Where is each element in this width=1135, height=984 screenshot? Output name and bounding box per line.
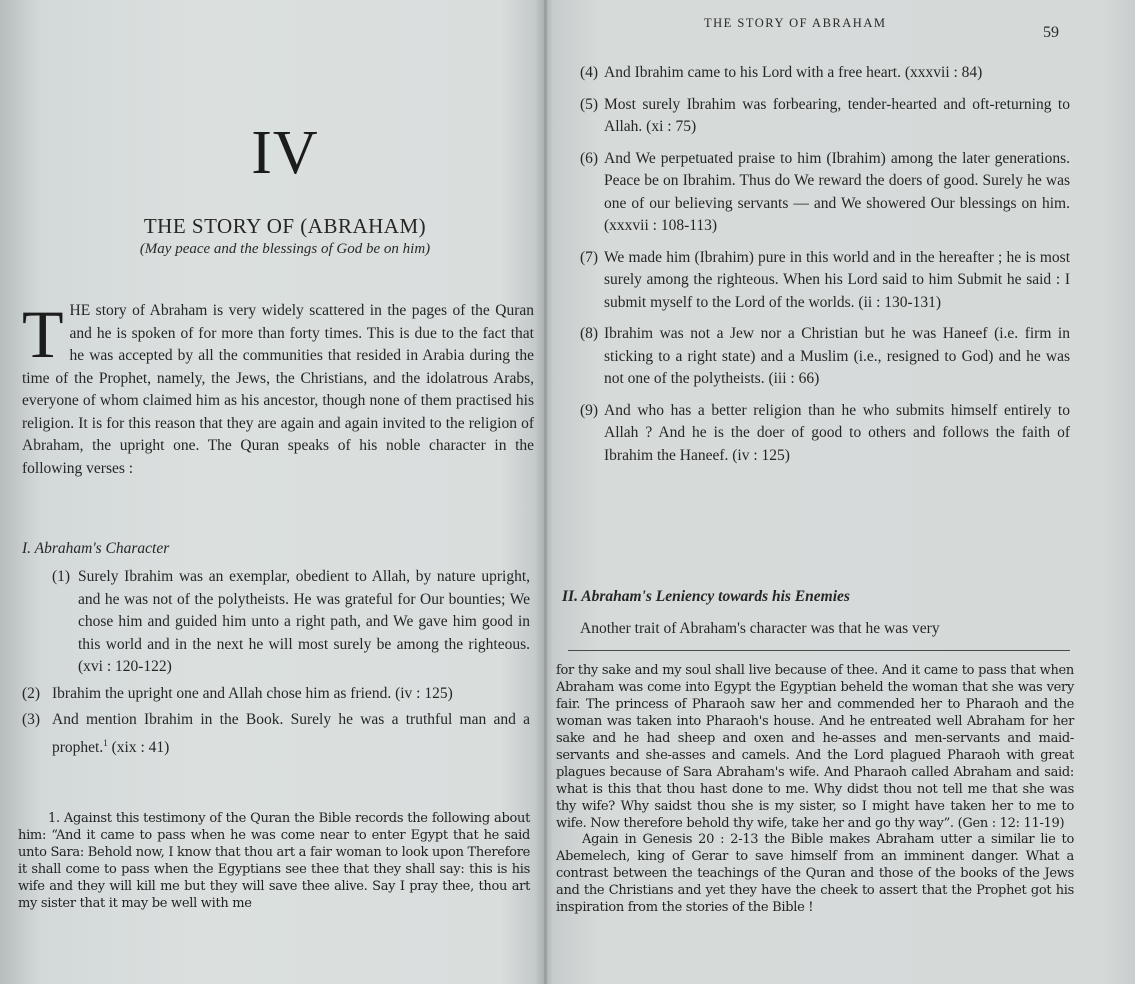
verse-number: (2): [22, 683, 52, 706]
left-page: IV THE STORY OF (ABRAHAM) (May peace and…: [0, 0, 544, 984]
verse-number: (1): [52, 566, 78, 679]
verse-list-left: (1) Surely Ibrahim was an exemplar, obed…: [52, 566, 530, 763]
verse-number: (7): [580, 247, 604, 315]
verse-number: (4): [580, 62, 604, 85]
verse-item: (4) And Ibrahim came to his Lord with a …: [580, 62, 1070, 85]
verse-item: (1) Surely Ibrahim was an exemplar, obed…: [52, 566, 530, 679]
footnote-1-continued: for thy sake and my soul shall live beca…: [556, 662, 1074, 832]
verse-number: (5): [580, 94, 604, 139]
verse-item: (5) Most surely Ibrahim was forbearing, …: [580, 94, 1070, 139]
chapter-number: IV: [0, 118, 570, 189]
section-heading-leniency: II. Abraham's Leniency towards his Enemi…: [562, 588, 850, 606]
book-spread: IV THE STORY OF (ABRAHAM) (May peace and…: [0, 0, 1135, 984]
verse-text: Ibrahim was not a Jew nor a Christian bu…: [604, 323, 1070, 391]
verse-number: (3): [22, 709, 52, 759]
footnote-1: 1. Against this testimony of the Quran t…: [18, 810, 530, 912]
verse-item: (3) And mention Ibrahim in the Book. Sur…: [22, 709, 530, 759]
verse-item: (7) We made him (Ibrahim) pure in this w…: [580, 247, 1070, 315]
right-page: THE STORY OF ABRAHAM 59 (4) And Ibrahim …: [548, 0, 1135, 984]
intro-text: HE story of Abraham is very widely scatt…: [22, 302, 534, 477]
verse-text: Surely Ibrahim was an exemplar, obedient…: [78, 566, 530, 679]
verse-text: Most surely Ibrahim was forbearing, tend…: [604, 94, 1070, 139]
intro-paragraph: T HE story of Abraham is very widely sca…: [22, 300, 534, 480]
page-number: 59: [1043, 24, 1059, 42]
footnote-1-second-paragraph: Again in Genesis 20 : 2-13 the Bible mak…: [556, 831, 1074, 916]
verse-item: (2) Ibrahim the upright one and Allah ch…: [22, 683, 530, 706]
verse-item: (8) Ibrahim was not a Jew nor a Christia…: [580, 323, 1070, 391]
verse-text: And who has a better religion than he wh…: [604, 400, 1070, 468]
footnote-divider: [568, 650, 1070, 651]
verse-number: (6): [580, 148, 604, 238]
verse-number: (8): [580, 323, 604, 391]
leniency-paragraph: Another trait of Abraham's character was…: [580, 618, 1070, 640]
chapter-subtitle: (May peace and the blessings of God be o…: [0, 241, 570, 258]
chapter-title: THE STORY OF (ABRAHAM): [0, 214, 570, 239]
verse-list-right: (4) And Ibrahim came to his Lord with a …: [580, 62, 1070, 476]
verse-text: And We perpetuated praise to him (Ibrahi…: [604, 148, 1070, 238]
verse-text: We made him (Ibrahim) pure in this world…: [604, 247, 1070, 315]
drop-cap: T: [22, 306, 64, 362]
verse-number: (9): [580, 400, 604, 468]
verse-text: And mention Ibrahim in the Book. Surely …: [52, 709, 530, 759]
verse-text: Ibrahim the upright one and Allah chose …: [52, 683, 530, 706]
verse-item: (6) And We perpetuated praise to him (Ib…: [580, 148, 1070, 238]
verse-item: (9) And who has a better religion than h…: [580, 400, 1070, 468]
verse-citation: (xix : 41): [108, 739, 170, 756]
section-heading-character: I. Abraham's Character: [22, 540, 169, 558]
verse-text: And Ibrahim came to his Lord with a free…: [604, 62, 1070, 85]
running-head: THE STORY OF ABRAHAM: [704, 16, 886, 31]
